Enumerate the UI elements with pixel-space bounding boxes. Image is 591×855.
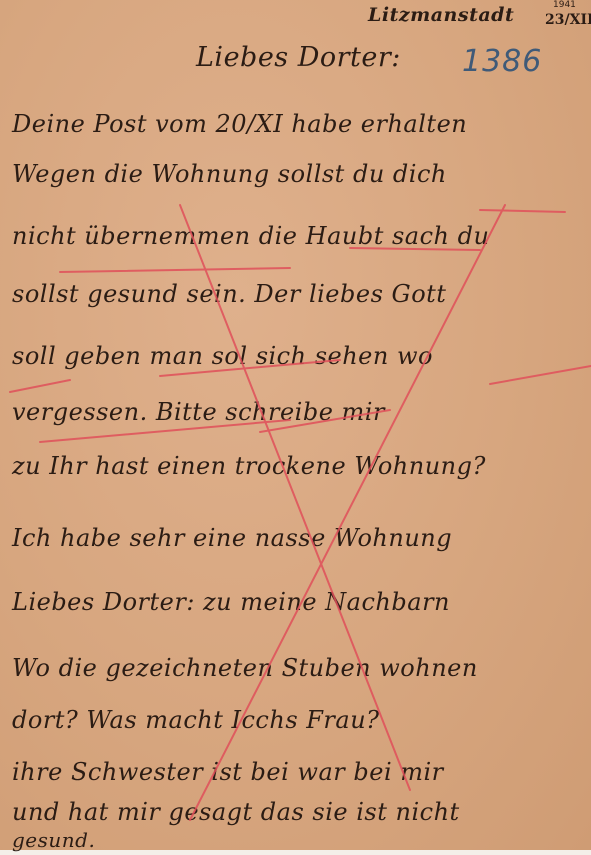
letter-line: ihre Schwester ist bei war bei mir [12, 758, 444, 786]
date-day: 23/XII [545, 12, 591, 28]
greeting: Liebes Dorter: [196, 42, 401, 73]
letter-line: sollst gesund sein. Der liebes Gott [12, 280, 446, 308]
letter-line: gesund. [12, 828, 95, 852]
letter-line: Ich habe sehr eine nasse Wohnung [12, 524, 452, 552]
letter-line: und hat mir gesagt das sie ist nicht [12, 798, 460, 826]
letter-line: Wegen die Wohnung sollst du dich [12, 160, 447, 188]
letter-line: nicht übernemmen die Haubt sach du [12, 222, 489, 250]
date-year: 1941 [553, 0, 576, 10]
letter-line: Wo die gezeichneten Stuben wohnen [12, 654, 478, 682]
archive-number: 1386 [462, 44, 542, 79]
place-name: Litzmanstadt [368, 4, 514, 26]
letter-line: soll geben man sol sich sehen wo [12, 342, 433, 370]
letter-line: zu Ihr hast einen trockene Wohnung? [12, 452, 486, 480]
letter-line: Liebes Dorter: zu meine Nachbarn [12, 588, 450, 616]
letter-line: vergessen. Bitte schreibe mir [12, 398, 385, 426]
letter-line: Deine Post vom 20/XI habe erhalten [12, 110, 467, 138]
letter-line: dort? Was macht Icchs Frau? [12, 706, 380, 734]
